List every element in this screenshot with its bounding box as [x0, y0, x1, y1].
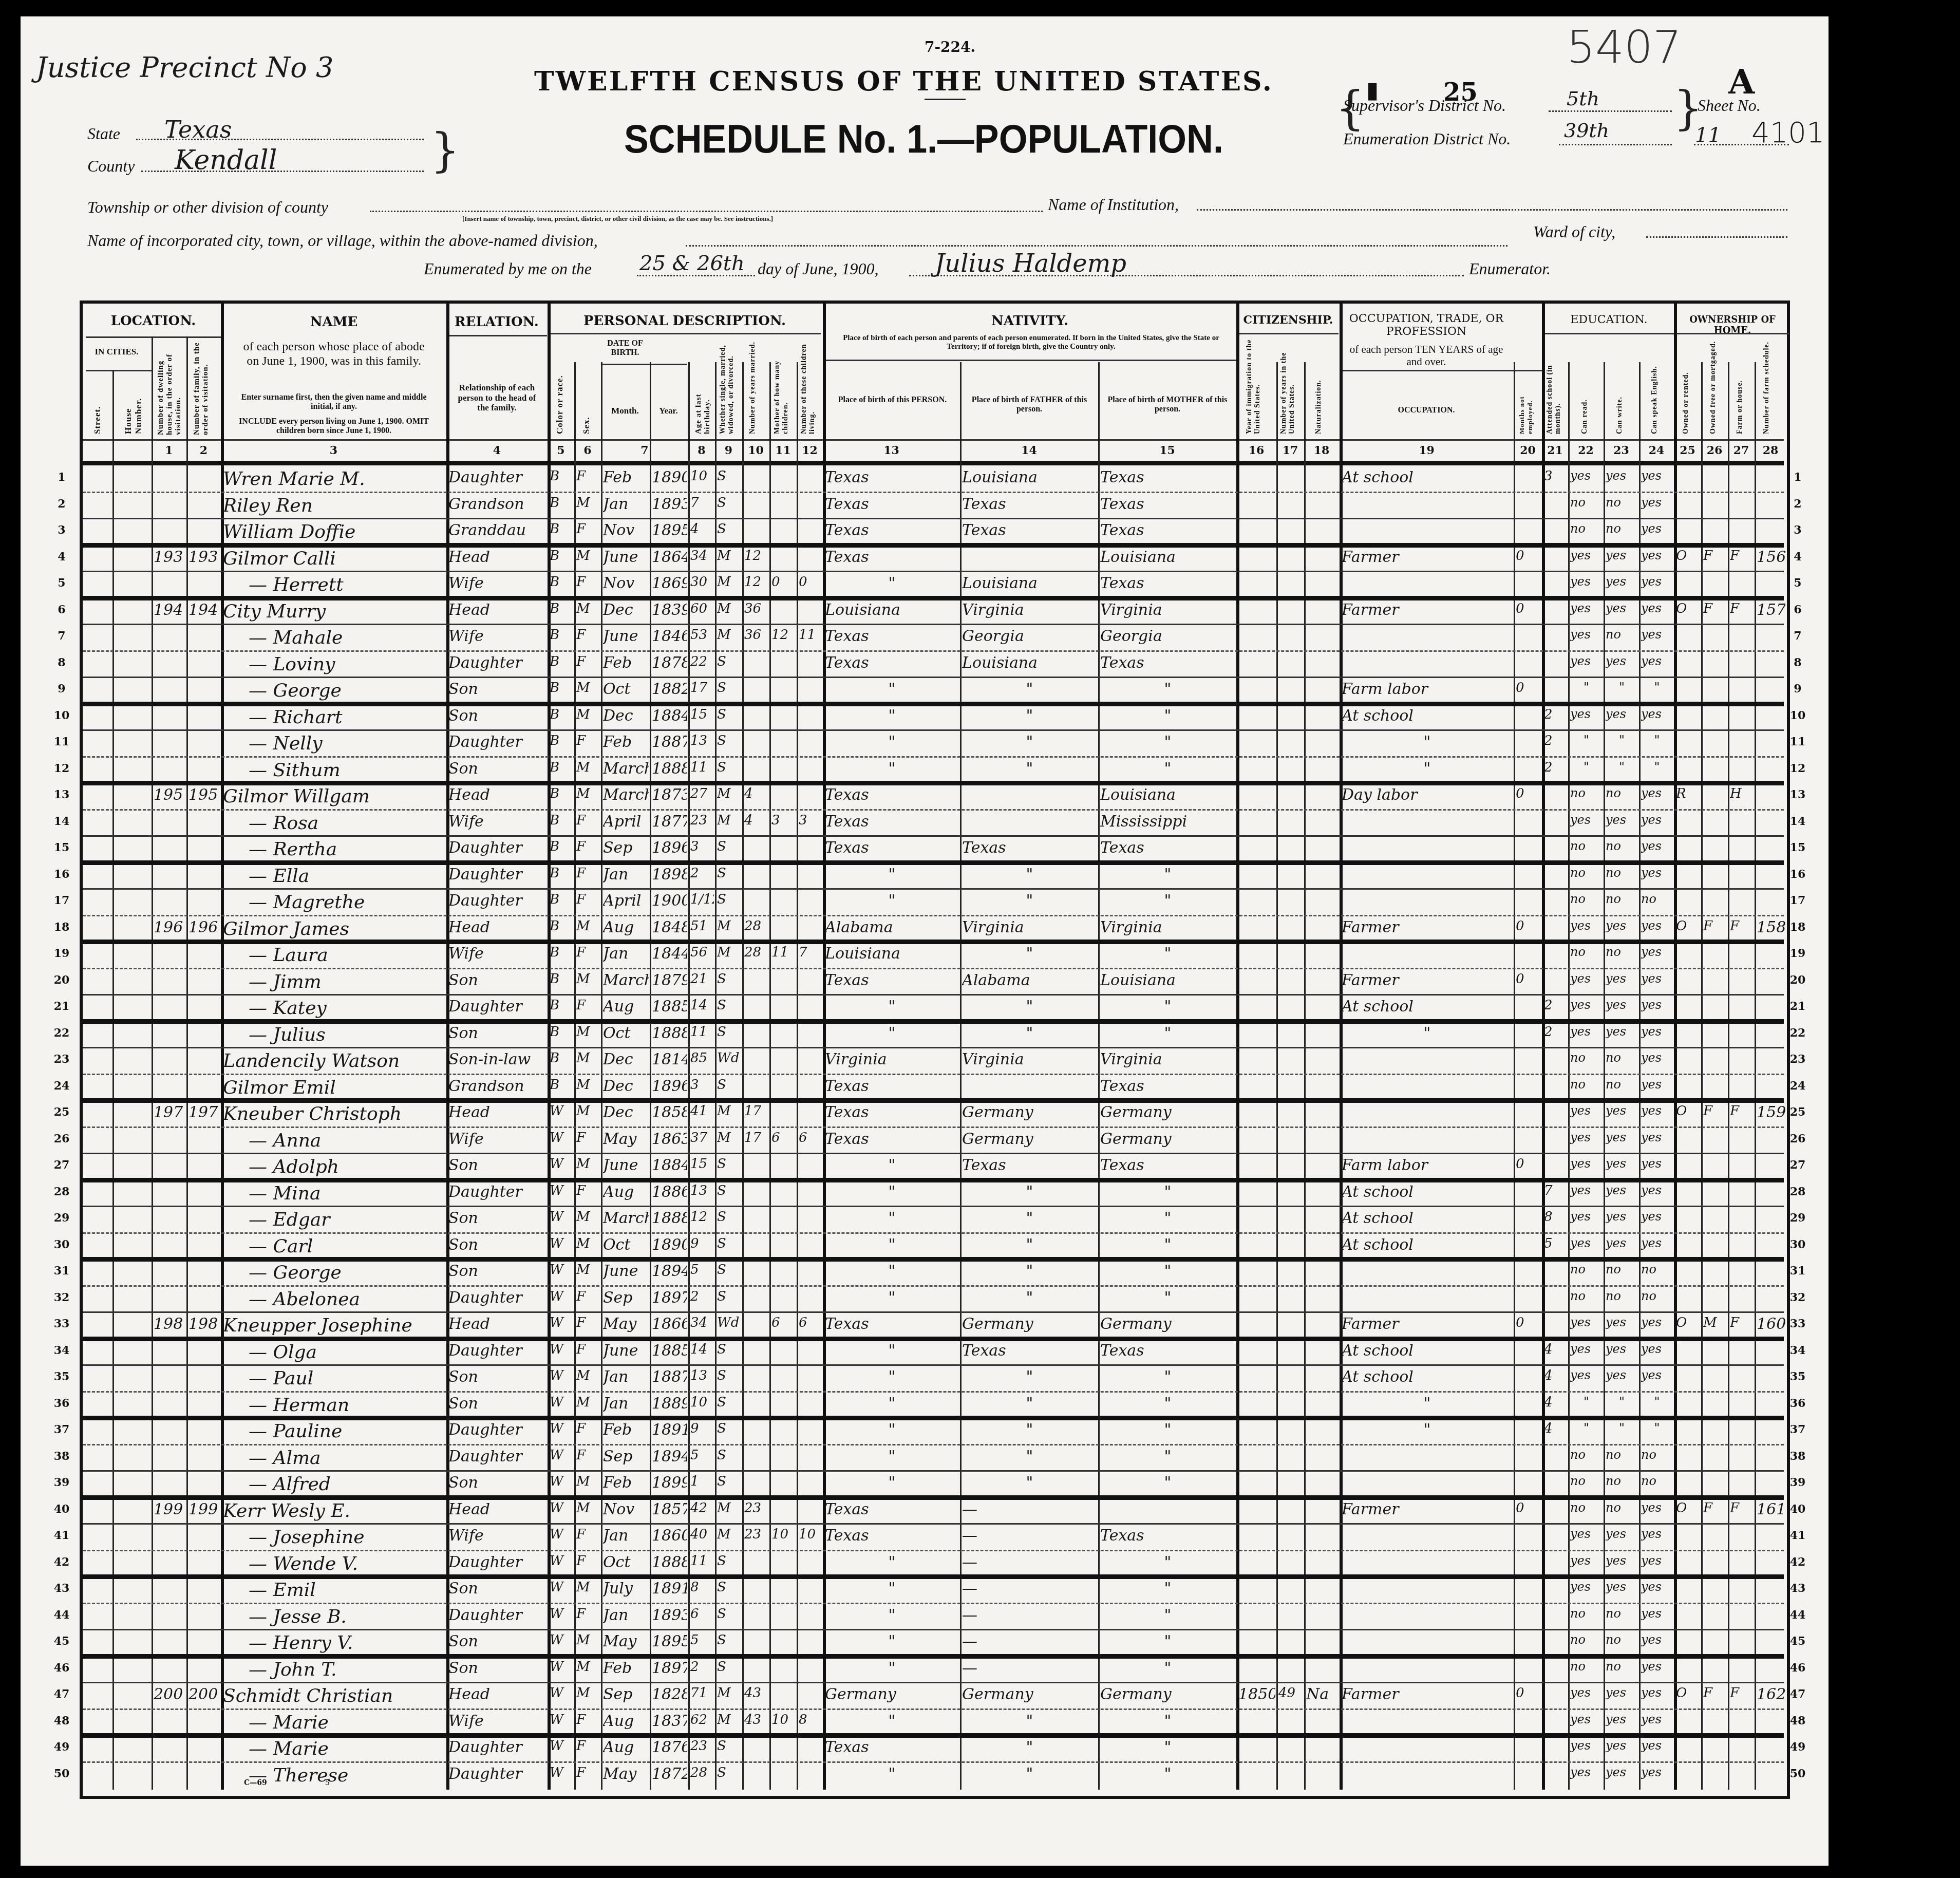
column-number: 27	[1728, 444, 1755, 457]
row-divider	[83, 1470, 1784, 1472]
cell-age: 9	[690, 1236, 714, 1251]
cell-name: Riley Ren	[223, 495, 445, 516]
cell-write: yes	[1606, 998, 1638, 1012]
cell-ym: 36	[744, 627, 768, 643]
cell-age: 40	[690, 1527, 714, 1542]
cell-ym: 23	[744, 1527, 768, 1542]
line-number-right: 2	[1785, 497, 1811, 511]
cell-rel: Wife	[448, 1712, 546, 1730]
cell-pob: "	[825, 574, 959, 592]
cell-ms: S	[717, 1765, 741, 1780]
header-personal-description: PERSONAL DESCRIPTION.	[549, 313, 821, 329]
line-number-right: 29	[1785, 1211, 1811, 1225]
row-divider	[83, 1337, 1784, 1341]
cell-sex: F	[576, 1183, 600, 1198]
cell-read: "	[1570, 1421, 1603, 1435]
cell-name: Landencily Watson	[223, 1050, 445, 1072]
row-divider	[83, 1523, 1784, 1525]
cell-pobm: Virginia	[1100, 918, 1235, 936]
cell-read: yes	[1570, 548, 1603, 562]
cell-race: W	[550, 1606, 573, 1622]
cell-sched: 161	[1757, 1500, 1785, 1518]
cell-eng: "	[1641, 733, 1673, 747]
column-number: 11	[769, 444, 797, 457]
cell-rel: Daughter	[448, 1553, 546, 1571]
cell-sched: 156	[1757, 548, 1785, 566]
cell-write: no	[1606, 1500, 1638, 1515]
row-divider	[83, 1232, 1784, 1234]
cell-pobm: "	[1100, 892, 1235, 910]
cell-rel: Wife	[448, 1130, 546, 1148]
header-name: NAME	[223, 314, 444, 330]
cell-yr: 1884	[652, 1156, 687, 1174]
column-number: 8	[688, 444, 715, 457]
cell-mo: Dec	[603, 601, 649, 619]
cell-read: yes	[1570, 918, 1603, 933]
education-divider	[1543, 333, 1674, 334]
cell-mo: June	[603, 1262, 649, 1280]
cell-race: B	[550, 760, 573, 775]
cell-mo: Feb	[603, 733, 649, 751]
cell-read: no	[1570, 945, 1603, 959]
cell-age: 15	[690, 707, 714, 722]
cell-race: B	[550, 1077, 573, 1093]
cell-pob: Texas	[825, 971, 959, 989]
cell-sch: 7	[1544, 1183, 1567, 1198]
cell-occ: Farmer	[1342, 971, 1513, 989]
line-number-right: 43	[1785, 1582, 1811, 1595]
cell-pobm: "	[1100, 1421, 1235, 1439]
line-number-right: 14	[1785, 815, 1811, 828]
cell-yr: 1895	[652, 521, 687, 539]
column-number: 28	[1755, 444, 1786, 457]
cell-pobm: "	[1100, 707, 1235, 725]
cell-name: — Jimm	[223, 971, 471, 992]
cell-eng: yes	[1641, 1368, 1673, 1382]
cell-yr: 1895	[652, 1632, 687, 1650]
cell-sex: F	[576, 866, 600, 881]
cell-occ: "	[1342, 1395, 1513, 1413]
cell-yr: 1887	[652, 733, 687, 751]
cell-ms: S	[717, 1156, 741, 1172]
cell-rel: Son	[448, 1659, 546, 1677]
line-number-left: 20	[49, 973, 74, 987]
cell-sex: F	[576, 1289, 600, 1304]
cell-mo: June	[603, 548, 649, 566]
cell-occ: Farmer	[1342, 1500, 1513, 1518]
header-birth-mother: Place of birth of MOTHER of this person.	[1100, 396, 1235, 415]
line-number-right: 50	[1785, 1767, 1811, 1780]
line-number-right: 45	[1785, 1635, 1811, 1648]
cell-eng: yes	[1641, 1553, 1673, 1568]
cell-eng: yes	[1641, 1236, 1673, 1250]
cell-write: yes	[1606, 1685, 1638, 1700]
cell-sex: F	[576, 1342, 600, 1357]
cell-eng: no	[1641, 1448, 1673, 1462]
cell-sex: F	[576, 813, 600, 828]
line-number-right: 16	[1785, 868, 1811, 881]
cell-ms: S	[717, 1262, 741, 1278]
header-occupation: OCCUPATION, TRADE, OR PROFESSION	[1342, 312, 1511, 338]
column-rule	[186, 336, 188, 1790]
cell-yr: 1837	[652, 1712, 687, 1730]
cell-yr: 1894	[652, 1448, 687, 1466]
cell-mo: June	[603, 1342, 649, 1360]
cell-read: no	[1570, 1077, 1603, 1092]
cell-race: B	[550, 1024, 573, 1040]
cell-ms: M	[717, 1103, 741, 1119]
cell-age: 10	[690, 468, 714, 484]
cell-write: yes	[1606, 707, 1638, 721]
cell-name: — Jesse B.	[223, 1606, 471, 1627]
row-divider	[83, 1391, 1784, 1393]
cell-read: yes	[1570, 627, 1603, 642]
cell-own: O	[1676, 1500, 1700, 1516]
cell-pobf: Texas	[962, 495, 1097, 513]
cell-ms: S	[717, 760, 741, 775]
cell-sex: M	[576, 971, 600, 987]
cell-unemp: 0	[1516, 601, 1541, 616]
line-number-right: 46	[1785, 1661, 1811, 1675]
cell-fam: 200	[189, 1685, 220, 1703]
cell-race: W	[550, 1632, 573, 1648]
cell-occ: Farmer	[1342, 548, 1513, 566]
cell-age: 23	[690, 813, 714, 828]
cell-sch: 4	[1544, 1395, 1567, 1410]
cell-pob: Texas	[825, 1103, 959, 1121]
cell-farm: F	[1730, 918, 1754, 934]
line-number-right: 26	[1785, 1132, 1811, 1145]
cell-mo: Nov	[603, 574, 649, 592]
header-occupation-sub: OCCUPATION.	[1342, 406, 1511, 415]
cell-read: yes	[1570, 468, 1603, 483]
line-number-left: 26	[49, 1132, 74, 1145]
cell-mo: July	[603, 1580, 649, 1598]
cell-occ: Farmer	[1342, 918, 1513, 936]
cell-pobm: Germany	[1100, 1103, 1235, 1121]
cell-age: 2	[690, 866, 714, 881]
cell-sex: F	[576, 1421, 600, 1436]
column-number: 9	[715, 444, 742, 457]
cell-pobf: "	[962, 1209, 1097, 1227]
cell-race: B	[550, 971, 573, 987]
cell-eng: yes	[1641, 1209, 1673, 1224]
cell-name: — Wende V.	[223, 1553, 471, 1574]
cell-name: — Rosa	[223, 813, 471, 834]
header-education: EDUCATION.	[1543, 313, 1674, 326]
cell-pobm: "	[1100, 998, 1235, 1016]
cell-rel: Wife	[448, 945, 546, 963]
cell-mo: Aug	[603, 998, 649, 1016]
sheet-extra: 4101	[1751, 116, 1825, 149]
header-street: Street.	[92, 378, 103, 434]
township-line	[370, 211, 1043, 212]
cell-eng: "	[1641, 760, 1673, 774]
cell-ms: S	[717, 707, 741, 722]
cell-mort: F	[1703, 1500, 1727, 1516]
cell-pob: Texas	[825, 839, 959, 857]
cell-rel: Daughter	[448, 1765, 546, 1783]
cell-mort: F	[1703, 1685, 1727, 1701]
line-number-left: 42	[49, 1555, 74, 1569]
cell-age: 14	[690, 1342, 714, 1357]
column-number: 14	[960, 444, 1098, 457]
cell-eng: yes	[1641, 786, 1673, 800]
cell-yr: 1863	[652, 1130, 687, 1148]
cell-name: Wren Marie M.	[223, 468, 445, 490]
cell-name: — Katey	[223, 998, 471, 1019]
cell-sex: M	[576, 1262, 600, 1278]
cell-rel: Son	[448, 1395, 546, 1413]
cell-ym: 43	[744, 1712, 768, 1727]
line-number-left: 31	[49, 1264, 74, 1278]
cell-race: W	[550, 1448, 573, 1463]
line-number-right: 48	[1785, 1714, 1811, 1727]
cell-occ: At school	[1342, 468, 1513, 486]
cell-occ: At school	[1342, 1368, 1513, 1386]
cell-rel: Son	[448, 760, 546, 778]
cell-age: 15	[690, 1156, 714, 1172]
cell-sex: M	[576, 495, 600, 511]
cell-yr: 1866	[652, 1315, 687, 1333]
cell-race: B	[550, 866, 573, 881]
cell-pob: Louisiana	[825, 601, 959, 619]
cell-eng: yes	[1641, 601, 1673, 615]
cell-pobm: "	[1100, 1632, 1235, 1650]
cell-read: "	[1570, 1395, 1603, 1409]
cell-name: — Laura	[223, 945, 471, 966]
cell-rel: Head	[448, 918, 546, 936]
cell-name: — Rertha	[223, 839, 471, 860]
cell-sched: 162	[1757, 1685, 1785, 1703]
enumerated-suffix: day of June, 1900,	[758, 259, 879, 278]
cell-sch: 2	[1544, 707, 1567, 722]
cell-ms: S	[717, 1368, 741, 1383]
cell-read: no	[1570, 521, 1603, 536]
cell-write: "	[1606, 1395, 1638, 1409]
row-divider	[83, 756, 1784, 758]
cell-ms: M	[717, 601, 741, 616]
cell-name: — George	[223, 1262, 471, 1283]
cell-ms: S	[717, 1659, 741, 1675]
cell-ms: S	[717, 866, 741, 881]
cell-sex: M	[576, 1236, 600, 1251]
cell-age: 42	[690, 1500, 714, 1516]
cell-chl: 0	[799, 574, 822, 590]
cell-read: yes	[1570, 1130, 1603, 1144]
cell-write: "	[1606, 1421, 1638, 1435]
cell-age: 41	[690, 1103, 714, 1119]
cell-eng: yes	[1641, 627, 1673, 642]
cell-read: yes	[1570, 1527, 1603, 1541]
cell-read: yes	[1570, 1183, 1603, 1197]
header-farm-schedule: Number of farm schedule.	[1763, 339, 1771, 434]
cell-occ: Farm labor	[1342, 680, 1513, 698]
cell-pobf: "	[962, 1474, 1097, 1492]
left-brace: }	[430, 123, 460, 177]
cell-mo: Feb	[603, 1474, 649, 1492]
line-number-right: 28	[1785, 1185, 1811, 1198]
institution-line	[1197, 209, 1787, 211]
cell-age: 23	[690, 1738, 714, 1754]
cell-pob: Texas	[825, 521, 959, 539]
cell-occ: "	[1342, 1421, 1513, 1439]
cell-pobf: Georgia	[962, 627, 1097, 645]
cell-pob: "	[825, 1474, 959, 1492]
cell-write: no	[1606, 495, 1638, 510]
cell-pob: Virginia	[825, 1050, 959, 1068]
line-number-left: 10	[49, 709, 74, 722]
cell-ms: S	[717, 1024, 741, 1040]
cell-name: Kneuber Christoph	[223, 1103, 445, 1124]
cell-write: no	[1606, 892, 1638, 906]
cell-own: O	[1676, 548, 1700, 564]
cell-name: City Murry	[223, 601, 445, 622]
cell-read: yes	[1570, 1156, 1603, 1171]
cell-sex: F	[576, 654, 600, 669]
cell-eng: yes	[1641, 1632, 1673, 1647]
ward-label: Ward of city,	[1533, 222, 1615, 241]
cell-yr: 1893	[652, 1606, 687, 1624]
header-attended-school: Attended school (in months).	[1546, 339, 1567, 434]
cell-eng: yes	[1641, 866, 1673, 880]
cell-mo: May	[603, 1315, 649, 1333]
cell-imm: 1850	[1238, 1685, 1275, 1703]
cell-read: yes	[1570, 1580, 1603, 1594]
cell-pobf: "	[962, 998, 1097, 1016]
cell-name: — Richart	[223, 707, 471, 728]
line-number-right: 1	[1785, 471, 1811, 484]
cell-ms: S	[717, 1632, 741, 1648]
line-number-right: 44	[1785, 1608, 1811, 1622]
header-date-of-birth: DATE OF BIRTH.	[602, 339, 648, 358]
name-description: of each person whose place of abode on J…	[239, 340, 429, 368]
cell-pob: Texas	[825, 786, 959, 804]
header-nativity: NATIVITY.	[824, 313, 1235, 329]
cell-name: — Ella	[223, 866, 471, 887]
line-number-left: 19	[49, 947, 74, 960]
cell-yrs: 49	[1278, 1685, 1303, 1701]
header-farm-house: Farm or house.	[1736, 360, 1744, 434]
cell-ms: S	[717, 1395, 741, 1410]
cell-ms: M	[717, 1685, 741, 1701]
cell-fam: 197	[189, 1103, 220, 1121]
cell-yr: 1888	[652, 1209, 687, 1227]
line-number-left: 27	[49, 1158, 74, 1172]
cell-yr: 1898	[652, 866, 687, 884]
cell-dw: 196	[154, 918, 185, 936]
cell-name: — Loviny	[223, 654, 471, 675]
cell-pobm: Germany	[1100, 1685, 1235, 1703]
cell-race: W	[550, 1289, 573, 1304]
cell-write: no	[1606, 786, 1638, 800]
cell-ms: S	[717, 998, 741, 1013]
row-divider	[83, 543, 1784, 548]
line-number-left: 5	[49, 576, 74, 590]
cell-name: — Olga	[223, 1342, 471, 1363]
cell-sch: 3	[1544, 468, 1567, 484]
cell-age: 2	[690, 1659, 714, 1675]
cell-age: 22	[690, 654, 714, 669]
line-number-left: 49	[49, 1740, 74, 1754]
line-number-right: 8	[1785, 656, 1811, 669]
cell-mo: Dec	[603, 1077, 649, 1095]
cell-pob: Texas	[825, 1500, 959, 1518]
cell-mo: Jan	[603, 1368, 649, 1386]
cell-name: — Edgar	[223, 1209, 471, 1230]
cell-age: 4	[690, 521, 714, 537]
column-number: 20	[1514, 444, 1542, 457]
cell-name: — Nelly	[223, 733, 471, 754]
line-number-right: 5	[1785, 576, 1811, 590]
cell-race: B	[550, 548, 573, 564]
cell-name: — Alma	[223, 1448, 471, 1469]
row-divider	[83, 1708, 1784, 1710]
line-number-left: 2	[49, 497, 74, 511]
cell-farm: H	[1730, 786, 1754, 801]
cell-pobm: "	[1100, 1236, 1235, 1254]
cell-ms: M	[717, 1130, 741, 1145]
cell-pobf: "	[962, 707, 1097, 725]
cell-race: B	[550, 521, 573, 537]
row-divider	[83, 518, 1784, 519]
line-number-left: 35	[49, 1370, 74, 1383]
cell-read: yes	[1570, 998, 1603, 1012]
cell-pobm: "	[1100, 733, 1235, 751]
cell-sex: M	[576, 1024, 600, 1040]
cell-pobf: —	[962, 1606, 1097, 1624]
cell-pob: "	[825, 1765, 959, 1783]
cell-rel: Head	[448, 1685, 546, 1703]
cell-ms: S	[717, 1209, 741, 1225]
cell-sch: 4	[1544, 1421, 1567, 1436]
cell-write: "	[1606, 733, 1638, 747]
cell-pobm: Texas	[1100, 574, 1235, 592]
cell-yr: 1828	[652, 1685, 687, 1703]
cell-pobf: Virginia	[962, 601, 1097, 619]
line-number-right: 36	[1785, 1397, 1811, 1410]
cell-pobm: "	[1100, 1448, 1235, 1466]
cell-pobf: —	[962, 1632, 1097, 1650]
cell-sex: M	[576, 680, 600, 696]
cell-pobf: "	[962, 1448, 1097, 1466]
cell-ms: M	[717, 627, 741, 643]
cell-pobm: Texas	[1100, 521, 1235, 539]
cell-mo: Oct	[603, 680, 649, 698]
column-number: 4	[446, 444, 548, 457]
cell-age: 30	[690, 574, 714, 590]
header-age: Age at last birthday.	[694, 360, 712, 434]
cell-age: 13	[690, 1368, 714, 1383]
cell-yr: 1897	[652, 1659, 687, 1677]
cell-name: — Abelonea	[223, 1289, 471, 1310]
cell-ym: 43	[744, 1685, 768, 1701]
schedule-title: SCHEDULE No. 1.—POPULATION.	[624, 116, 1223, 162]
line-number-left: 41	[49, 1529, 74, 1542]
cell-ym: 17	[744, 1103, 768, 1119]
line-number-right: 49	[1785, 1740, 1811, 1754]
cell-eng: no	[1641, 1289, 1673, 1303]
cell-own: R	[1676, 786, 1700, 801]
cell-mort: M	[1703, 1315, 1727, 1330]
cell-ms: M	[717, 1500, 741, 1516]
cell-pob: "	[825, 1553, 959, 1571]
cell-read: yes	[1570, 1738, 1603, 1753]
line-number-right: 11	[1785, 735, 1811, 748]
cell-ms: S	[717, 892, 741, 907]
cell-pob: Texas	[825, 1527, 959, 1545]
cell-sex: F	[576, 1553, 600, 1569]
